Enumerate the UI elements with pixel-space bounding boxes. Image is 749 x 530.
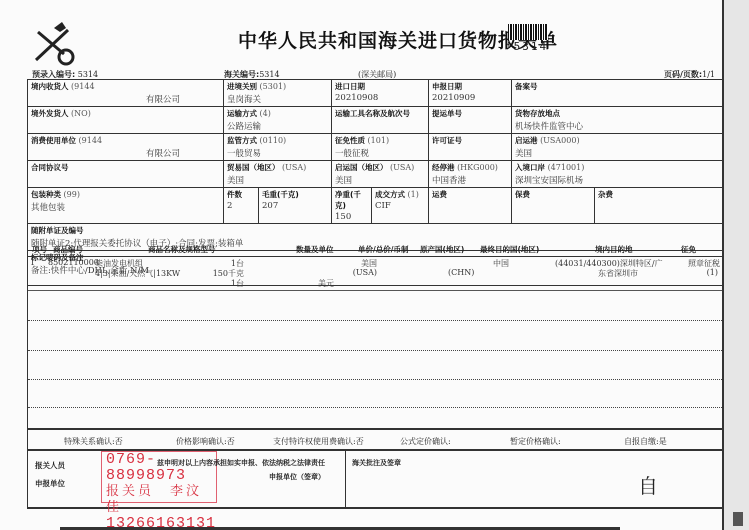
declarant-label: 报关人员 [35, 460, 65, 471]
field-storage-place: 货物存放地点机场快件监管中心 [512, 107, 724, 134]
field-import-date: 进口日期20210908 [332, 80, 429, 107]
field-entry-customs: 进境关别 (5301)皇岗海关 [224, 80, 332, 107]
field-net-weight: 净重(千克)150 [332, 188, 372, 224]
field-transport-mode: 运输方式 (4)公路运输 [224, 107, 332, 134]
goods-table-body: 1 8502110000 柴油发电机组 4|3|柴油/天然气|13KW 1台 1… [27, 256, 725, 428]
customs-emblem-icon [28, 20, 78, 68]
special-relation-confirm: 特殊关系确认:否 [64, 436, 123, 447]
barcode [508, 24, 548, 40]
price-influence-confirm: 价格影响确认:否 [176, 436, 235, 447]
field-origin-country: 启运国（地区） (USA)美国 [332, 161, 429, 188]
field-insurance: 保费 [512, 188, 595, 224]
field-consignee: 境内收货人 (9144有限公司 [28, 80, 224, 107]
row-divider [28, 407, 724, 408]
field-trade-country: 贸易国（地区） (USA)美国 [224, 161, 332, 188]
customs-remark-label: 海关批注及签章 [352, 458, 401, 468]
field-transport-tool: 运输工具名称及航次号 [332, 107, 429, 134]
confirmation-row: 特殊关系确认:否 价格影响确认:否 支付特许权使用费确认:否 公式定价确认: 暂… [27, 428, 725, 451]
unit-label: 申报单位 [35, 478, 65, 489]
handwritten-signature: 自 [638, 470, 658, 499]
provisional-price-confirm: 暂定价格确认: [510, 436, 561, 447]
field-gross-weight: 毛重(千克)207 [259, 188, 332, 224]
formula-price-confirm: 公式定价确认: [400, 436, 451, 447]
field-record-no: 备案号 [512, 80, 724, 107]
royalty-confirm: 支付特许权使用费确认:否 [273, 436, 364, 447]
scan-margin [722, 0, 749, 530]
field-pieces: 件数2 [224, 188, 259, 224]
field-package-type: 包装种类 (99)其他包装 [28, 188, 224, 224]
field-transit-port: 经停港 (HKG000)中国香港 [429, 161, 512, 188]
customs-declaration-page: 中华人民共和国海关进口货物报关单 *5314 预录入编号: 5314 海关编号:… [0, 0, 722, 530]
row-divider [28, 350, 724, 351]
row-divider [28, 320, 724, 321]
scan-mark [733, 512, 743, 526]
table-row: 1 8502110000 柴油发电机组 4|3|柴油/天然气|13KW 1台 1… [28, 256, 724, 291]
field-bill-no: 提运单号 [429, 107, 512, 134]
field-consumer-unit: 消费使用单位 (9144有限公司 [28, 134, 224, 161]
self-declare: 自报自缴:是 [624, 436, 667, 447]
row-divider [28, 379, 724, 380]
field-declare-date: 申报日期20210909 [429, 80, 512, 107]
field-supervision-mode: 监管方式 (0110)一般贸易 [224, 134, 332, 161]
field-freight: 运费 [429, 188, 512, 224]
field-tax-nature: 征免性质 (101)一般征税 [332, 134, 429, 161]
unit-seal-label: 申报单位（签章） [269, 472, 325, 482]
field-departure-port: 启运港 (USA000)美国 [512, 134, 724, 161]
field-misc-fee: 杂费 [595, 188, 724, 224]
field-consignor: 境外发货人 (NO) [28, 107, 224, 134]
barcode-text: *5314 [505, 40, 548, 53]
field-contract-no: 合同协议号 [28, 161, 224, 188]
signature-section: 报关人员 申报单位 0769-88998973 报关员 李汶佳 13266163… [27, 449, 725, 509]
field-entry-port: 入境口岸 (471001)深圳宝安国际机场 [512, 161, 724, 188]
declaration-statement: 兹申明对以上内容承担如实申报、依法纳税之法律责任 [157, 458, 325, 468]
field-license-no: 许可证号 [429, 134, 512, 161]
field-deal-mode: 成交方式 (1)CIF [372, 188, 429, 224]
divider [345, 450, 346, 507]
